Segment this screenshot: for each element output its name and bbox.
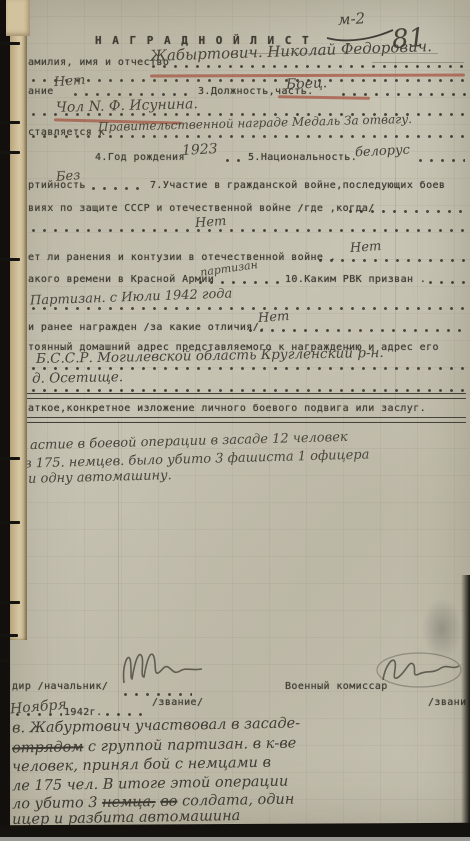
dotted-leader: [148, 64, 466, 69]
field-value-duty: Боец.: [286, 75, 328, 92]
note-line-2-text: с группой партизан. в к-ве: [88, 736, 297, 756]
archival-stamp: м-2: [338, 9, 366, 28]
dotted-leader: [245, 328, 465, 333]
strikethrough-word: отрядом: [12, 739, 84, 756]
binding-mark: [0, 521, 20, 524]
scan-shadow: [422, 598, 462, 660]
field-label-prev-awards: и ранее награжден /за какие отличия/.: [28, 322, 266, 333]
commander-label: дир /начальник/: [12, 681, 108, 692]
field-value-party: Без: [56, 168, 81, 185]
dotted-leader: [88, 186, 146, 191]
under-page-edge: [10, 0, 27, 640]
field-value-address-2: д. Осетище.: [32, 369, 123, 387]
field-label-birth-year: 4.Год рождения: [95, 152, 185, 163]
field-value-nationality: белорус: [355, 143, 411, 161]
binding-mark: [0, 121, 20, 124]
field-value-prev-awards: Нет: [258, 309, 290, 326]
field-label-war-participation: 7.Участие в гражданской войне,последующи…: [150, 180, 445, 191]
field-label-rank: ание: [28, 86, 54, 97]
page-edge-shadow: [461, 575, 470, 830]
book-spine: [0, 0, 10, 841]
strikethrough-word: немца,: [102, 794, 156, 811]
note-line-4: ле 175 чел. В итоге этой операции: [12, 774, 289, 795]
field-label-wounds: ет ли ранения и контузии в отечественной…: [28, 252, 336, 263]
binding-mark: [0, 601, 20, 604]
field-label-army-since: акого времени в Красной Армии: [28, 274, 214, 285]
binding-mark: [0, 258, 20, 261]
dotted-leader: [425, 280, 465, 285]
section-divider: [26, 393, 466, 399]
commander-rank-label: /звание/: [152, 697, 203, 708]
dotted-leader: [222, 158, 244, 163]
binding-mark: [0, 634, 18, 637]
binding-mark: [0, 457, 20, 460]
commissar-label: Военный комиссар: [285, 681, 388, 692]
field-value-rank: Нет: [54, 73, 86, 90]
strikethrough-word: во: [160, 794, 177, 810]
dotted-leader: [195, 280, 280, 285]
dotted-leader: [28, 228, 465, 233]
section-header: аткое,конкретное изложение личного боево…: [28, 403, 426, 414]
note-line-3: человек, принял бой с немцами в: [12, 755, 271, 776]
binding-mark: [0, 42, 20, 45]
dotted-leader: [102, 712, 142, 717]
field-label-rvk: 10.Каким РВК призван .: [285, 274, 426, 285]
field-value-war-participation: Нет: [195, 214, 227, 231]
feat-line-3: и одну автомашину.: [28, 468, 172, 487]
dotted-leader: [28, 134, 465, 139]
scanned-award-sheet: м-2 81 Н А Г Р А Д Н О Й Л И С Т амилия,…: [0, 0, 470, 841]
next-page-edge: [0, 837, 470, 841]
header-rule: [372, 62, 464, 63]
document-page: м-2 81 Н А Г Р А Д Н О Й Л И С Т амилия,…: [10, 0, 470, 827]
field-label-war-participation-2: виях по защите СССР и отечественной войн…: [28, 203, 375, 214]
dotted-leader: [28, 306, 465, 311]
field-label-nationality: 5.Национальность.: [248, 152, 357, 163]
dotted-leader: [345, 209, 465, 214]
note-line-2: отрядом с группой партизан. в к-ве: [12, 736, 297, 757]
dotted-leader: [315, 258, 465, 263]
page-corner-tab: [6, 0, 30, 36]
note-line-5-text: солдата, один: [182, 792, 295, 810]
dotted-leader: [415, 158, 465, 163]
commander-signature: [118, 645, 213, 690]
date-year: 1942г.: [64, 707, 103, 718]
binding-mark: [0, 151, 20, 154]
dotted-leader: [28, 78, 465, 83]
field-value-wounds: Нет: [350, 239, 382, 256]
field-value-birth-year: 1923: [182, 141, 218, 159]
red-underline: [278, 95, 370, 100]
binding-mark: [0, 659, 8, 662]
section-divider: [26, 417, 466, 423]
note-line-1: в. Жабуртович участвовал в засаде-: [12, 715, 300, 736]
